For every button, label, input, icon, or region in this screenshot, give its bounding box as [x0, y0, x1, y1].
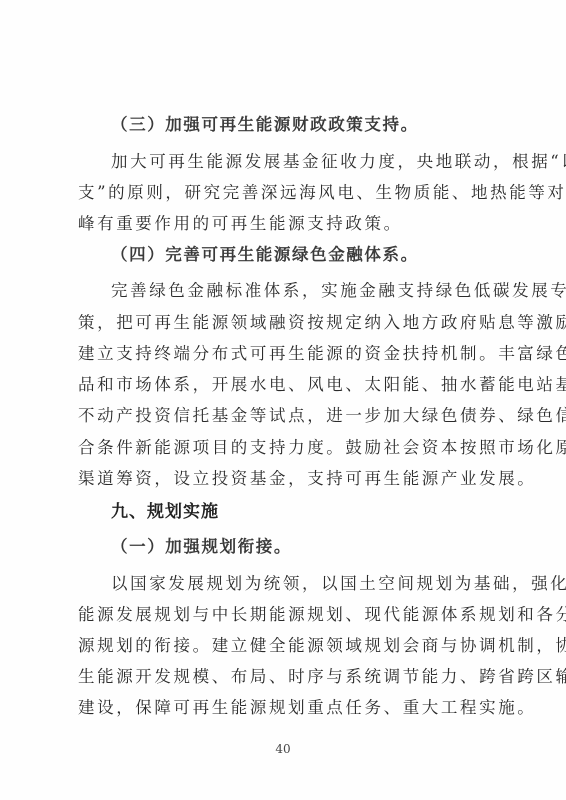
section-heading-4: （四）完善可再生能源绿色金融体系。: [111, 243, 490, 267]
section-heading-1: （一）加强规划衔接。: [111, 535, 490, 559]
section-heading-3: （三）加强可再生能源财政政策支持。: [111, 113, 490, 137]
paragraph-line: 完善绿色金融标准体系，实施金融支持绿色低碳发展专项政: [111, 279, 490, 303]
paragraph-line: 不动产投资信托基金等试点，进一步加大绿色债券、绿色信贷对符: [78, 404, 490, 428]
paragraph-line: 建立支持终端分布式可再生能源的资金扶持机制。丰富绿色金融产: [78, 342, 490, 366]
document-page: （三）加强可再生能源财政政策支持。 加大可再生能源发展基金征收力度，央地联动，根…: [0, 0, 566, 800]
chapter-heading: 九、规划实施: [111, 500, 490, 524]
paragraph-line: 策，把可再生能源领域融资按规定纳入地方政府贴息等激励计划，: [78, 311, 490, 335]
paragraph-line: 能源发展规划与中长期能源规划、现代能源体系规划和各分领域能: [78, 603, 490, 627]
paragraph-line: 加大可再生能源发展基金征收力度，央地联动，根据“以收定: [111, 150, 490, 174]
page-number: 40: [0, 742, 566, 756]
paragraph-line: 建设，保障可再生能源规划重点任务、重大工程实施。: [78, 696, 490, 720]
paragraph-line: 支”的原则，研究完善深远海风电、生物质能、地热能等对于碳达: [78, 181, 490, 205]
paragraph-line: 渠道筹资，设立投资基金，支持可再生能源产业发展。: [78, 467, 490, 491]
paragraph-line: 源规划的衔接。建立健全能源领域规划会商与协调机制，协调可再: [78, 634, 490, 658]
paragraph-line: 合条件新能源项目的支持力度。鼓励社会资本按照市场化原则，多: [78, 436, 490, 460]
paragraph-line: 生能源开发规模、布局、时序与系统调节能力、跨省跨区输电通道: [78, 665, 490, 689]
paragraph-line: 峰有重要作用的可再生能源支持政策。: [78, 212, 490, 236]
paragraph-line: 品和市场体系，开展水电、风电、太阳能、抽水蓄能电站基础设施: [78, 373, 490, 397]
paragraph-line: 以国家发展规划为统领，以国土空间规划为基础，强化可再生: [111, 572, 490, 596]
